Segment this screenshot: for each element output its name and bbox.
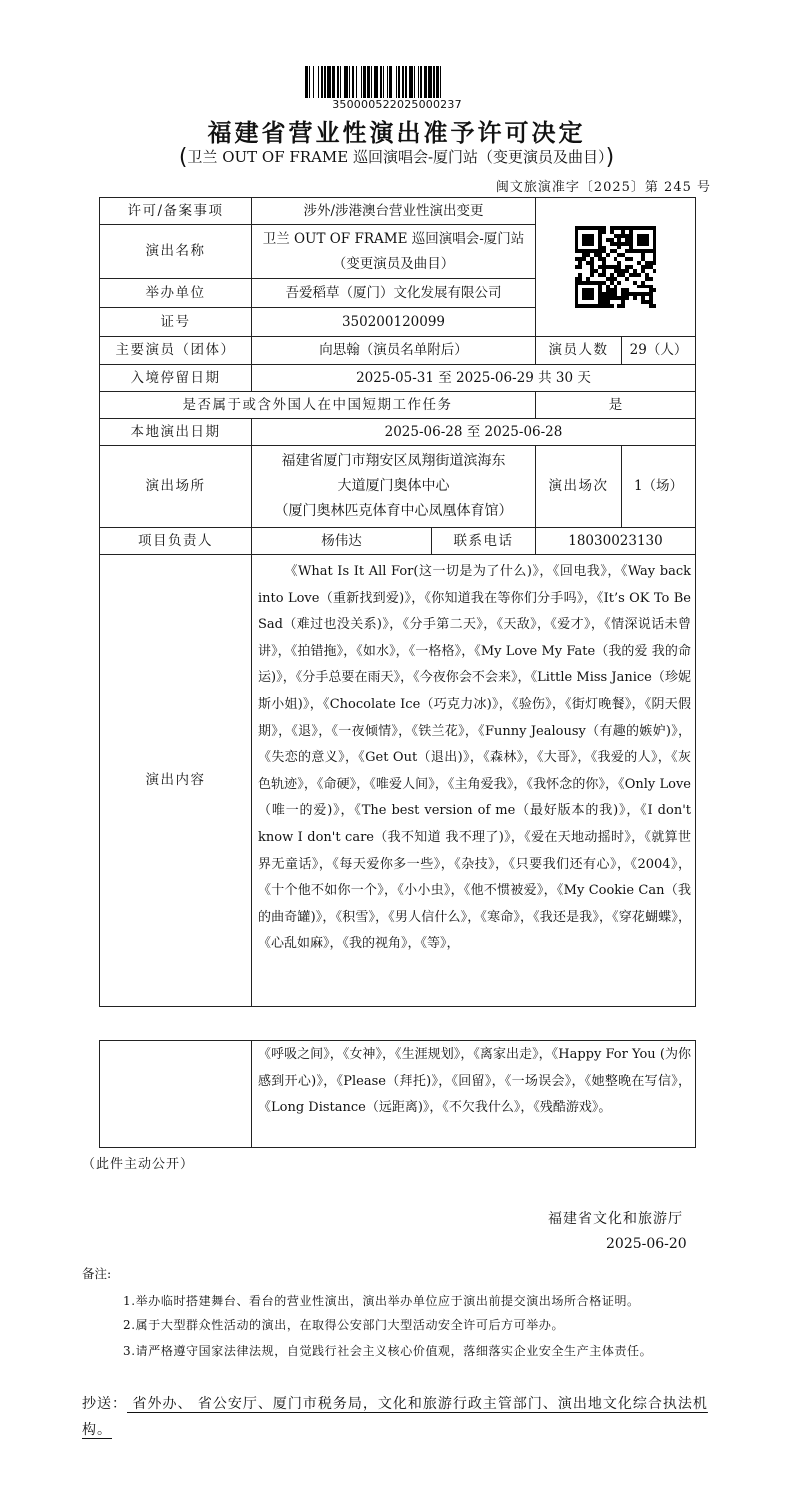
qr-code-icon [575, 226, 657, 308]
cc-value: 省外办、 省公安厅、厦门市税务局，文化和旅游行政主管部门、演出地文化综合执法机构… [82, 1396, 708, 1438]
local-dates-value: 2025-06-28 至 2025-06-28 [252, 419, 696, 446]
venue-line2: 大道厦门奥体中心 [256, 474, 531, 499]
show-name-line1: 卫兰 OUT OF FRAME 巡回演唱会-厦门站 [256, 227, 531, 252]
performer-count-value: 29（人） [622, 337, 696, 365]
local-dates-label: 本地演出日期 [100, 419, 252, 446]
remark-item: 3.请严格遵守国家法律法规，自觉践行社会主义核心价值观，落细落实企业安全生产主体… [123, 1342, 652, 1359]
content-part1: 《What Is It All For(这一切是为了什么)》，《回电我》，《Wa… [258, 564, 691, 951]
row-venue: 演出场所 福建省厦门市翔安区凤翔街道滨海东 大道厦门奥体中心 （厦门奥林匹克体育… [100, 446, 696, 528]
document-title: 福建省营业性演出准予许可决定 [0, 113, 793, 148]
content-part2: 《呼吸之间》，《女神》，《生涯规划》，《离家出走》，《Happy For You… [252, 1041, 696, 1148]
show-name-line2: （变更演员及曲目） [256, 252, 531, 277]
venue-line1: 福建省厦门市翔安区凤翔街道滨海东 [256, 449, 531, 474]
show-name-value: 卫兰 OUT OF FRAME 巡回演唱会-厦门站 （变更演员及曲目） [252, 225, 536, 279]
main-performer-label: 主要演员（团体） [100, 337, 252, 365]
subtitle-text: 卫兰 OUT OF FRAME 巡回演唱会-厦门站（变更演员及曲目） [187, 148, 605, 166]
subtitle-close-paren: ) [606, 145, 615, 170]
venue-label: 演出场所 [100, 446, 252, 528]
content-value: 《What Is It All For(这一切是为了什么)》，《回电我》，《Wa… [252, 555, 696, 1007]
foreign-work-label: 是否属于或含外国人在中国短期工作任务 [100, 392, 536, 419]
row-content-continued: 《呼吸之间》，《女神》，《生涯规划》，《离家出走》，《Happy For You… [100, 1041, 696, 1148]
license-no-label: 证号 [100, 308, 252, 337]
organizer-label: 举办单位 [100, 279, 252, 308]
sessions-value: 1（场） [622, 446, 696, 528]
row-local-dates: 本地演出日期 2025-06-28 至 2025-06-28 [100, 419, 696, 446]
venue-value: 福建省厦门市翔安区凤翔街道滨海东 大道厦门奥体中心 （厦门奥林匹克体育中心凤凰体… [252, 446, 536, 528]
content-continuation-table: 《呼吸之间》，《女神》，《生涯规划》，《离家出走》，《Happy For You… [99, 1040, 696, 1148]
phone-value: 18030023130 [536, 528, 696, 555]
cc-recipients: 抄送： 省外办、 省公安厅、厦门市税务局，文化和旅游行政主管部门、演出地文化综合… [82, 1391, 717, 1443]
show-name-label: 演出名称 [100, 225, 252, 279]
entry-stay-label: 入境停留日期 [100, 365, 252, 392]
qr-cell [536, 198, 696, 337]
content-continued-label-cell [100, 1041, 252, 1148]
row-entry-stay: 入境停留日期 2025-05-31 至 2025-06-29 共 30 天 [100, 365, 696, 392]
cc-label: 抄送： [82, 1396, 127, 1412]
permit-item-label: 许可/备案事项 [100, 198, 252, 225]
document-subtitle: (卫兰 OUT OF FRAME 巡回演唱会-厦门站（变更演员及曲目）) [0, 145, 793, 170]
issuer: 福建省文化和旅游厅 [548, 1208, 683, 1228]
row-main-performer: 主要演员（团体） 向思翰（演员名单附后） 演员人数 29（人） [100, 337, 696, 365]
row-manager: 项目负责人 杨伟达 联系电话 18030023130 [100, 528, 696, 555]
phone-label: 联系电话 [432, 528, 536, 555]
manager-value: 杨伟达 [252, 528, 432, 555]
remark-item: 1.举办临时搭建舞台、看台的营业性演出，演出举办单位应于演出前提交演出场所合格证… [123, 1292, 640, 1309]
main-performer-value: 向思翰（演员名单附后） [252, 337, 536, 365]
remarks-label: 备注: [82, 1264, 111, 1282]
public-note: （此件主动公开） [82, 1153, 194, 1172]
permit-table: 许可/备案事项 涉外/涉港澳台营业性演出变更 演出名称 卫兰 OUT OF FR… [99, 197, 696, 1007]
row-content: 演出内容 《What Is It All For(这一切是为了什么)》，《回电我… [100, 555, 696, 1007]
document-number: 闽文旅演准字〔2025〕第 245 号 [496, 176, 711, 195]
barcode-number: 350000522025000237 [305, 98, 489, 111]
venue-line3: （厦门奥林匹克体育中心凤凰体育馆） [256, 499, 531, 524]
license-no-value: 350200120099 [252, 308, 536, 337]
performer-count-label: 演员人数 [536, 337, 622, 365]
issue-date: 2025-06-20 [606, 1236, 687, 1252]
row-permit-item: 许可/备案事项 涉外/涉港澳台营业性演出变更 [100, 198, 696, 225]
content-label: 演出内容 [100, 555, 252, 1007]
remark-item: 2.属于大型群众性活动的演出，在取得公安部门大型活动安全许可后方可举办。 [123, 1316, 564, 1333]
organizer-value: 吾爱稻草（厦门）文化发展有限公司 [252, 279, 536, 308]
permit-item-value: 涉外/涉港澳台营业性演出变更 [252, 198, 536, 225]
row-foreign-work: 是否属于或含外国人在中国短期工作任务 是 [100, 392, 696, 419]
sessions-label: 演出场次 [536, 446, 622, 528]
manager-label: 项目负责人 [100, 528, 252, 555]
foreign-work-value: 是 [536, 392, 696, 419]
barcode-icon [305, 66, 489, 98]
entry-stay-value: 2025-05-31 至 2025-06-29 共 30 天 [252, 365, 696, 392]
